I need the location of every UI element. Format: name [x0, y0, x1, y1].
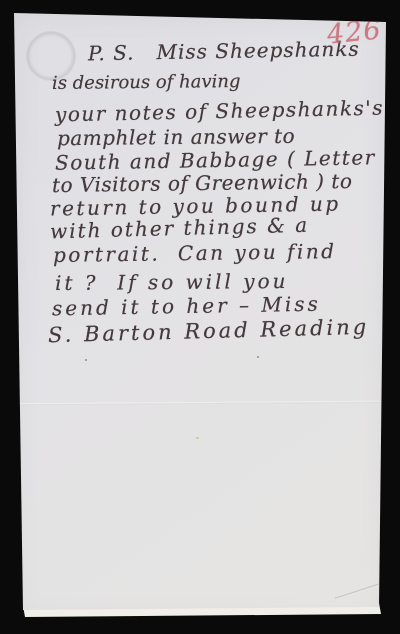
handwritten-line: send it to her – Miss	[52, 294, 321, 319]
paper-speck	[196, 437, 199, 439]
handwritten-line: P. S. Miss Sheepshanks	[88, 39, 360, 64]
fold-crease-line	[17, 401, 381, 406]
handwritten-line: your notes of Sheepshanks's	[55, 98, 384, 125]
ink-speck	[257, 356, 259, 358]
handwritten-line: is desirous of having	[52, 73, 241, 93]
ink-speck	[85, 359, 87, 361]
letter-page: P. S. Miss Sheepshanks is desirous of ha…	[0, 0, 400, 634]
handwritten-line: portrait. Can you find	[53, 241, 337, 265]
corner-fold-line	[335, 582, 383, 599]
archival-number-stamp: 426	[326, 14, 383, 51]
handwritten-line: pamphlet in answer to	[57, 126, 295, 148]
handwritten-line: it ? If so will you	[55, 271, 289, 293]
photograph-background: P. S. Miss Sheepshanks is desirous of ha…	[0, 0, 400, 634]
handwritten-line: S. Barton Road Reading	[48, 317, 370, 346]
handwritten-line: with other things & a	[50, 215, 310, 242]
